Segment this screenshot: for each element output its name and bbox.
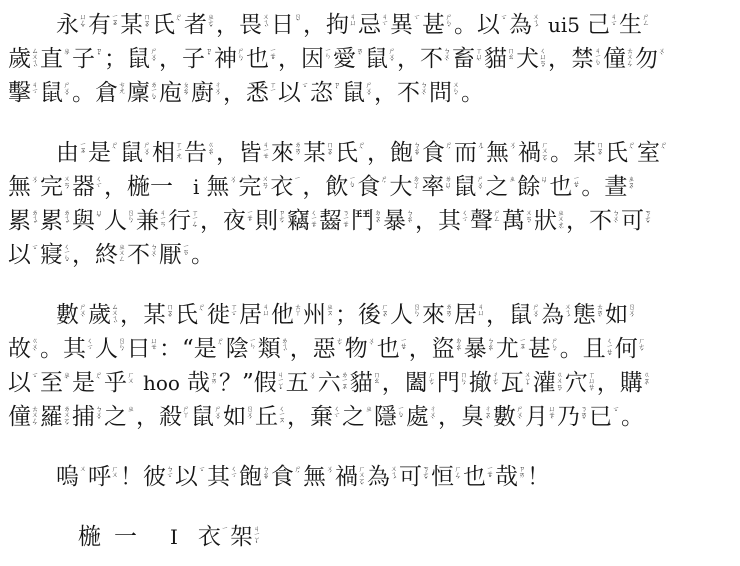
char-token: 則ㄗㄜˊ bbox=[255, 204, 287, 238]
char-token: 其ㄑㄧˊ bbox=[63, 332, 95, 366]
zhuyin-annotation: ㄎㄜˇ bbox=[422, 465, 431, 493]
char-token: 。 bbox=[454, 8, 477, 42]
char-token: 不ㄅㄨˋ bbox=[420, 42, 452, 76]
char-token: 一 bbox=[150, 170, 173, 204]
glyph: 嗚 bbox=[56, 460, 79, 494]
glyph: 架 bbox=[230, 520, 253, 554]
zhuyin-annotation: ㄏㄨ bbox=[127, 371, 136, 399]
char-token: 兼ㄐㄧㄢ bbox=[136, 204, 168, 238]
glyph: 以 bbox=[477, 8, 500, 42]
char-token: 某ㄇㄡˇ bbox=[143, 298, 175, 332]
char-token: 因ㄧㄣ bbox=[301, 42, 333, 76]
char-token: 不ㄅㄨˋ bbox=[127, 238, 159, 272]
zhuyin-annotation: ㄇㄡˇ bbox=[326, 141, 335, 169]
zhuyin-annotation: ㄍㄨㄢˋ bbox=[556, 371, 565, 399]
glyph: 累 bbox=[40, 204, 63, 238]
char-token: 累ㄌㄟˇ bbox=[8, 204, 40, 238]
char-token: 器ㄑㄧˋ bbox=[72, 170, 104, 204]
glyph: ” bbox=[242, 366, 254, 400]
glyph: 者 bbox=[184, 8, 207, 42]
char-token: ， bbox=[597, 366, 620, 400]
glyph: 之 bbox=[485, 170, 508, 204]
char-token: 永ㄩㄥˇ bbox=[56, 8, 88, 42]
char-token: 。 bbox=[581, 170, 604, 204]
char-token: 他ㄊㄚ bbox=[271, 298, 303, 332]
zhuyin-annotation: ㄐㄧˊ bbox=[31, 81, 40, 109]
char-token: 尤ㄧㄡˊ bbox=[496, 332, 528, 366]
glyph: 其 bbox=[207, 460, 230, 494]
zhuyin-annotation: ㄕˋ bbox=[198, 303, 207, 331]
zhuyin-annotation: ㄨㄟˊ bbox=[390, 465, 399, 493]
glyph: hoo bbox=[143, 366, 180, 400]
char-token: ” bbox=[242, 366, 254, 400]
char-token: ， bbox=[486, 298, 509, 332]
glyph: 門 bbox=[437, 366, 460, 400]
zhuyin-annotation: ㄅㄨˇ bbox=[95, 405, 104, 433]
zhuyin-annotation: ㄌㄩˋ bbox=[444, 175, 453, 203]
zhuyin-annotation: ㄑㄧˊ bbox=[86, 337, 95, 365]
glyph: 曰 bbox=[127, 332, 150, 366]
glyph: 某 bbox=[143, 298, 166, 332]
char-token: 晝ㄓㄡˋ bbox=[604, 170, 636, 204]
glyph: 甚 bbox=[422, 8, 445, 42]
glyph: 晝 bbox=[604, 170, 627, 204]
glyph: 累 bbox=[8, 204, 31, 238]
char-token: 鬥ㄉㄡˋ bbox=[351, 204, 383, 238]
glyph: ， bbox=[566, 204, 589, 238]
glyph: 永 bbox=[56, 8, 79, 42]
char-token: 擊ㄐㄧˊ bbox=[8, 76, 40, 110]
text-line: 累ㄌㄟˇ累ㄌㄟˇ與ㄩˇ人ㄖㄣˊ兼ㄐㄧㄢ行ㄒㄧㄥˊ，夜ㄧㄝˋ則ㄗㄜˊ竊ㄑㄧㄝˋ齧ㄋ… bbox=[8, 204, 738, 238]
glyph: 鼠 bbox=[342, 76, 365, 110]
glyph: 兼 bbox=[136, 204, 159, 238]
zhuyin-annotation: ㄜˋ bbox=[336, 337, 345, 365]
char-token: 鼠ㄕㄨˇ bbox=[40, 76, 72, 110]
glyph: 。 bbox=[191, 238, 214, 272]
zhuyin-annotation: ㄗˇ bbox=[95, 47, 104, 75]
zhuyin-annotation: ㄧㄝˇ bbox=[269, 47, 278, 75]
char-token: 飽ㄅㄠˇ bbox=[390, 136, 422, 170]
char-token: ？ bbox=[219, 366, 242, 400]
char-token: 以ㄧˇ bbox=[175, 460, 207, 494]
glyph: 僮 bbox=[603, 42, 626, 76]
text-line: 無ㄨˊ完ㄨㄢˊ器ㄑㄧˋ，椸一i無ㄨˊ完ㄨㄢˊ衣ㄧ，飲ㄧㄣˇ食ㄕˊ大ㄉㄚˋ率ㄌㄩˋ… bbox=[8, 170, 738, 204]
zhuyin-annotation: ㄗˇ bbox=[205, 47, 214, 75]
glyph: 完 bbox=[238, 170, 261, 204]
char-token: 。 bbox=[40, 332, 63, 366]
char-token: 室ㄕˋ bbox=[637, 136, 669, 170]
zhuyin-annotation: ㄕㄣˋ bbox=[445, 13, 454, 41]
glyph: 瓦 bbox=[501, 366, 524, 400]
glyph: 五 bbox=[286, 366, 309, 400]
glyph: 以 bbox=[175, 460, 198, 494]
text-line: 以ㄧˇ寢ㄑㄧㄣˇ，終ㄓㄨㄥ不ㄅㄨˋ厭ㄧㄢˋ。 bbox=[8, 238, 738, 272]
zhuyin-annotation: ㄧㄝˇ bbox=[572, 175, 581, 203]
char-token: 也ㄧㄝˇ bbox=[377, 332, 409, 366]
char-token: 聲ㄕㄥ bbox=[470, 204, 502, 238]
glyph: 椸 bbox=[78, 520, 101, 554]
glyph: 餘 bbox=[517, 170, 540, 204]
glyph: 不 bbox=[589, 204, 612, 238]
zhuyin-annotation: ㄇㄡˇ bbox=[166, 303, 175, 331]
char-token: 終ㄓㄨㄥ bbox=[95, 238, 127, 272]
glyph: 無 bbox=[486, 136, 509, 170]
glyph: 萬 bbox=[502, 204, 525, 238]
char-token: 相ㄒㄧㄤ bbox=[152, 136, 184, 170]
char-token: 如ㄖㄨˊ bbox=[605, 298, 637, 332]
paragraph-1: 永ㄩㄥˇ有ㄧㄡˇ某ㄇㄡˇ氏ㄕˋ者ㄓㄜˇ，畏ㄨㄟˋ日ㄖˋ，拘ㄐㄩ忌ㄐㄧˋ異ㄧˋ甚ㄕ… bbox=[8, 8, 738, 110]
glyph: 也 bbox=[549, 170, 572, 204]
zhuyin-annotation: ㄧˇ bbox=[198, 465, 207, 493]
glyph: 椸 bbox=[127, 170, 150, 204]
char-token: 故ㄍㄨˋ bbox=[8, 332, 40, 366]
glyph: 不 bbox=[127, 238, 150, 272]
char-token: ， bbox=[120, 298, 143, 332]
glyph: 如 bbox=[223, 400, 246, 434]
zhuyin-annotation: ㄏㄨ bbox=[111, 465, 120, 493]
char-token: 其ㄑㄧˊ bbox=[207, 460, 239, 494]
zhuyin-annotation: ㄨˊ bbox=[31, 175, 40, 203]
zhuyin-annotation: ㄕˋ bbox=[95, 371, 104, 399]
glyph: 物 bbox=[345, 332, 368, 366]
char-token: ， bbox=[438, 400, 461, 434]
zhuyin-annotation: ㄌㄞˊ bbox=[445, 303, 454, 331]
glyph: 居 bbox=[454, 298, 477, 332]
char-token: 氏ㄕˋ bbox=[605, 136, 637, 170]
char-token: 惡ㄜˋ bbox=[313, 332, 345, 366]
zhuyin-annotation: ㄦˊ bbox=[477, 141, 486, 169]
glyph: 皆 bbox=[239, 136, 262, 170]
char-token: 歲ㄙㄨㄟˋ bbox=[8, 42, 40, 76]
char-token: 為ㄨㄟˊ bbox=[509, 8, 541, 42]
zhuyin-annotation: ㄑㄧㄝˋ bbox=[310, 209, 319, 237]
zhuyin-annotation: ㄩㄝ bbox=[150, 337, 159, 365]
char-token: 。 bbox=[72, 76, 95, 110]
glyph: 犬 bbox=[516, 42, 539, 76]
text-line: 歲ㄙㄨㄟˋ直ㄓˊ子ㄗˇ；鼠ㄕㄨˇ，子ㄗˇ神ㄕㄣˊ也ㄧㄝˇ，因ㄧㄣ愛ㄞˋ鼠ㄕㄨˇ，… bbox=[8, 42, 738, 76]
zhuyin-annotation: ㄓㄨㄥ bbox=[118, 243, 127, 271]
zhuyin-annotation: ㄨ bbox=[79, 465, 88, 493]
char-token: 嗚ㄨ bbox=[56, 460, 88, 494]
glyph: 一 bbox=[150, 170, 173, 204]
char-token: 生ㄕㄥ bbox=[619, 8, 651, 42]
char-token: 彼ㄅㄧˇ bbox=[143, 460, 175, 494]
zhuyin-annotation: ㄘㄤ bbox=[118, 81, 127, 109]
char-token: 氏ㄕˋ bbox=[175, 298, 207, 332]
zhuyin-annotation: ㄕㄨˇ bbox=[150, 47, 159, 75]
char-token: 數ㄕㄨˋ bbox=[493, 400, 525, 434]
char-token: 。 bbox=[191, 238, 214, 272]
char-token: 歲ㄙㄨㄟˋ bbox=[88, 298, 120, 332]
zhuyin-annotation: ㄕㄥ bbox=[642, 13, 651, 41]
char-token: 來ㄌㄞˊ bbox=[422, 298, 454, 332]
char-token: 盜ㄉㄠˋ bbox=[432, 332, 464, 366]
glyph: 有 bbox=[88, 8, 111, 42]
glyph: ， bbox=[409, 332, 432, 366]
glyph: 一 bbox=[114, 520, 137, 554]
char-token: 呼ㄏㄨ bbox=[88, 460, 120, 494]
glyph: ， bbox=[136, 400, 159, 434]
zhuyin-annotation: ㄓㄜˇ bbox=[207, 13, 216, 41]
char-token: 來ㄌㄞˊ bbox=[271, 136, 303, 170]
zhuyin-annotation: ㄗㄞ bbox=[518, 465, 527, 493]
char-token: 狀ㄓㄨㄤˋ bbox=[534, 204, 566, 238]
glyph: 恒 bbox=[431, 460, 454, 494]
zhuyin-annotation: ㄅㄨˋ bbox=[150, 243, 159, 271]
zhuyin-annotation: ㄋㄧㄝˋ bbox=[342, 209, 351, 237]
char-token: 後ㄏㄡˋ bbox=[358, 298, 390, 332]
char-token: 。 bbox=[621, 400, 644, 434]
char-token: 丘ㄑㄧㄡ bbox=[255, 400, 287, 434]
char-token: 直ㄓˊ bbox=[40, 42, 72, 76]
char-token: 無ㄨˊ bbox=[206, 170, 238, 204]
zhuyin-annotation: ㄧㄢˋ bbox=[182, 243, 191, 271]
zhuyin-annotation: ㄓˊ bbox=[63, 47, 72, 75]
char-token: 飽ㄅㄠˇ bbox=[239, 460, 271, 494]
char-token: 完ㄨㄢˊ bbox=[238, 170, 270, 204]
zhuyin-annotation: ㄕㄨˇ bbox=[365, 81, 374, 109]
zhuyin-annotation: ㄕㄨˇ bbox=[532, 303, 541, 331]
glyph: 率 bbox=[421, 170, 444, 204]
zhuyin-annotation: ㄏㄜˊ bbox=[638, 337, 647, 365]
glyph: 可 bbox=[399, 460, 422, 494]
glyph: 徙 bbox=[207, 298, 230, 332]
char-token: 某ㄇㄡˇ bbox=[303, 136, 335, 170]
char-token: 臭ㄔㄡˋ bbox=[461, 400, 493, 434]
zhuyin-annotation: ㄅㄧˇ bbox=[166, 465, 175, 493]
zhuyin-annotation: ㄧ bbox=[221, 525, 230, 553]
char-token: ， bbox=[415, 204, 438, 238]
glyph: 器 bbox=[72, 170, 95, 204]
char-token: 人ㄖㄣˊ bbox=[95, 332, 127, 366]
glyph: 六 bbox=[318, 366, 341, 400]
glyph: 氏 bbox=[335, 136, 358, 170]
zhuyin-annotation: ㄉㄚˋ bbox=[412, 175, 421, 203]
glyph: 子 bbox=[72, 42, 95, 76]
glyph: 以 bbox=[278, 76, 301, 110]
footnote-line: 椸一I衣ㄧ架ㄐㄧㄚˋ bbox=[8, 520, 738, 554]
zhuyin-annotation: ㄧˇ bbox=[31, 243, 40, 271]
glyph: 如 bbox=[605, 298, 628, 332]
zhuyin-annotation: ㄇㄡˇ bbox=[143, 13, 152, 41]
zhuyin-annotation: ㄕˋ bbox=[628, 141, 637, 169]
zhuyin-annotation: ㄐㄧˇ bbox=[610, 13, 619, 41]
zhuyin-annotation: ㄕˋ bbox=[660, 141, 669, 169]
char-token: 厭ㄧㄢˋ bbox=[159, 238, 191, 272]
zhuyin-annotation: ㄑㄩㄢˇ bbox=[539, 47, 548, 75]
zhuyin-annotation: ㄅㄠˇ bbox=[262, 465, 271, 493]
glyph: 撤 bbox=[469, 366, 492, 400]
zhuyin-annotation: ㄖㄣˊ bbox=[127, 209, 136, 237]
glyph: 是 bbox=[88, 136, 111, 170]
zhuyin-annotation: ㄨˊ bbox=[509, 141, 518, 169]
zhuyin-annotation: ㄔㄡˋ bbox=[484, 405, 493, 433]
glyph: 彼 bbox=[143, 460, 166, 494]
char-token: 寢ㄑㄧㄣˇ bbox=[40, 238, 72, 272]
glyph: 來 bbox=[271, 136, 294, 170]
glyph: 寢 bbox=[40, 238, 63, 272]
char-token: 氏ㄕˋ bbox=[335, 136, 367, 170]
char-token: 物ㄨˋ bbox=[345, 332, 377, 366]
glyph: 齧 bbox=[319, 204, 342, 238]
zhuyin-annotation: ㄧㄝˇ bbox=[400, 337, 409, 365]
glyph: ？ bbox=[219, 366, 242, 400]
glyph: ， bbox=[548, 42, 571, 76]
glyph: 勿 bbox=[635, 42, 658, 76]
glyph: ， bbox=[200, 204, 223, 238]
glyph: 他 bbox=[271, 298, 294, 332]
glyph: I bbox=[170, 520, 178, 554]
zhuyin-annotation: ㄨㄢˊ bbox=[261, 175, 270, 203]
char-token: 是ㄕˋ bbox=[194, 332, 226, 366]
char-token: 犬ㄑㄩㄢˇ bbox=[516, 42, 548, 76]
char-token: 棄ㄑㄧˋ bbox=[310, 400, 342, 434]
char-token: 以ㄧˇ bbox=[278, 76, 310, 110]
glyph: 異 bbox=[390, 8, 413, 42]
char-token: 忌ㄐㄧˋ bbox=[358, 8, 390, 42]
char-token: 灌ㄍㄨㄢˋ bbox=[533, 366, 565, 400]
glyph: 也 bbox=[246, 42, 269, 76]
char-token: 鼠ㄕㄨˇ bbox=[453, 170, 485, 204]
zhuyin-annotation: ㄨˊ bbox=[326, 465, 335, 493]
glyph: 貓 bbox=[484, 42, 507, 76]
glyph: ！ bbox=[120, 460, 143, 494]
glyph: 愛 bbox=[333, 42, 356, 76]
glyph: 人 bbox=[95, 332, 118, 366]
zhuyin-annotation: ㄨㄟˊ bbox=[532, 13, 541, 41]
zhuyin-annotation: ㄧㄣˇ bbox=[348, 175, 357, 203]
char-token: 陰ㄧㄣ bbox=[226, 332, 258, 366]
zhuyin-annotation: ㄖㄣˊ bbox=[413, 303, 422, 331]
glyph: 為 bbox=[541, 298, 564, 332]
glyph: ， bbox=[223, 76, 246, 110]
char-token: 無ㄨˊ bbox=[303, 460, 335, 494]
glyph: 悉 bbox=[246, 76, 269, 110]
glyph: ， bbox=[104, 170, 127, 204]
glyph: 乃 bbox=[557, 400, 580, 434]
char-token: 鼠ㄕㄨˇ bbox=[365, 42, 397, 76]
glyph: 穴 bbox=[565, 366, 588, 400]
glyph: 鼠 bbox=[120, 136, 143, 170]
char-token: 甚ㄕㄣˋ bbox=[422, 8, 454, 42]
glyph: ： bbox=[159, 332, 182, 366]
zhuyin-annotation: ㄅㄨˋ bbox=[612, 209, 621, 237]
glyph: ， bbox=[438, 400, 461, 434]
glyph: 丘 bbox=[255, 400, 278, 434]
zhuyin-annotation: ㄏㄥˊ bbox=[454, 465, 463, 493]
glyph: 且 bbox=[583, 332, 606, 366]
char-token: ， bbox=[303, 8, 326, 42]
char-token: 暴ㄅㄠˋ bbox=[464, 332, 496, 366]
char-token bbox=[101, 520, 114, 554]
glyph: 直 bbox=[40, 42, 63, 76]
char-token: ， bbox=[397, 42, 420, 76]
zhuyin-annotation: ㄉㄠˋ bbox=[455, 337, 464, 365]
glyph: 人 bbox=[390, 298, 413, 332]
zhuyin-annotation: ㄅㄠˇ bbox=[413, 141, 422, 169]
char-token: 悉ㄒㄧ bbox=[246, 76, 278, 110]
zhuyin-annotation: ㄑㄧˊ bbox=[230, 465, 239, 493]
char-token: 竊ㄑㄧㄝˋ bbox=[287, 204, 319, 238]
zhuyin-annotation: ㄐㄧˋ bbox=[381, 13, 390, 41]
glyph: 飽 bbox=[390, 136, 413, 170]
zhuyin-annotation: ㄒㄧㄤ bbox=[175, 141, 184, 169]
char-token: 己ㄐㄧˇ bbox=[587, 8, 619, 42]
zhuyin-annotation: ㄕˋ bbox=[175, 13, 184, 41]
glyph: 是 bbox=[194, 332, 217, 366]
char-token: ： bbox=[159, 332, 182, 366]
zhuyin-annotation: ㄍㄠˋ bbox=[207, 141, 216, 169]
zhuyin-annotation: ㄨˋ bbox=[368, 337, 377, 365]
glyph: 終 bbox=[95, 238, 118, 272]
glyph: 子 bbox=[182, 42, 205, 76]
glyph: 不 bbox=[420, 42, 443, 76]
glyph: 倉 bbox=[95, 76, 118, 110]
zhuyin-annotation: ㄧˋ bbox=[413, 13, 422, 41]
glyph: 擊 bbox=[8, 76, 31, 110]
glyph: 尤 bbox=[496, 332, 519, 366]
glyph: 廚 bbox=[191, 76, 214, 110]
char-token: 衣ㄧ bbox=[270, 170, 302, 204]
char-token: 畜ㄒㄩˋ bbox=[452, 42, 484, 76]
char-token: 居ㄐㄩ bbox=[454, 298, 486, 332]
zhuyin-annotation: ㄌㄨㄛˊ bbox=[63, 405, 72, 433]
zhuyin-annotation: ㄒㄧㄥˊ bbox=[191, 209, 200, 237]
zhuyin-annotation: ㄕㄣˋ bbox=[551, 337, 560, 365]
char-token: 子ㄗˇ bbox=[72, 42, 104, 76]
glyph: “ bbox=[182, 332, 194, 366]
char-token: 無ㄨˊ bbox=[486, 136, 518, 170]
glyph: 數 bbox=[56, 298, 79, 332]
char-token: ui5 bbox=[541, 8, 587, 42]
char-token: 羅ㄌㄨㄛˊ bbox=[40, 400, 72, 434]
zhuyin-annotation: ㄕˊ bbox=[294, 465, 303, 493]
char-token: 已ㄧˇ bbox=[589, 400, 621, 434]
char-token: 貓ㄇㄠ bbox=[484, 42, 516, 76]
char-token: 夜ㄧㄝˋ bbox=[223, 204, 255, 238]
zhuyin-annotation: ㄌㄟˇ bbox=[63, 209, 72, 237]
zhuyin-annotation: ㄨㄢˋ bbox=[525, 209, 534, 237]
char-token: ， bbox=[136, 400, 159, 434]
glyph: 何 bbox=[615, 332, 638, 366]
zhuyin-annotation: ㄧㄡˇ bbox=[111, 13, 120, 41]
char-token: ， bbox=[409, 332, 432, 366]
char-token: 哉ㄗㄞ bbox=[495, 460, 527, 494]
char-token: 食ㄕˊ bbox=[271, 460, 303, 494]
glyph: 某 bbox=[573, 136, 596, 170]
char-token: 與ㄩˇ bbox=[72, 204, 104, 238]
char-token: 不ㄅㄨˋ bbox=[397, 76, 429, 110]
zhuyin-annotation: ㄨˊ bbox=[229, 175, 238, 203]
zhuyin-annotation: ㄗㄞ bbox=[210, 371, 219, 399]
char-token: 率ㄌㄩˋ bbox=[421, 170, 453, 204]
char-token: 乃ㄋㄞˇ bbox=[557, 400, 589, 434]
char-token: 而ㄦˊ bbox=[454, 136, 486, 170]
glyph: 因 bbox=[301, 42, 324, 76]
char-token: “ bbox=[182, 332, 194, 366]
char-token: 也ㄧㄝˇ bbox=[463, 460, 495, 494]
glyph: 。 bbox=[40, 332, 63, 366]
char-token: 州ㄓㄡ bbox=[303, 298, 335, 332]
zhuyin-annotation: ㄨㄢˊ bbox=[63, 175, 72, 203]
zhuyin-annotation: ㄌㄞˊ bbox=[294, 141, 303, 169]
text-line: 僮ㄊㄨㄥˊ羅ㄌㄨㄛˊ捕ㄅㄨˇ之ㄓ，殺ㄕㄚ鼠ㄕㄨˇ如ㄖㄨˊ丘ㄑㄧㄡ，棄ㄑㄧˋ之ㄓ隱… bbox=[8, 400, 738, 434]
glyph: ， bbox=[415, 204, 438, 238]
glyph: 是 bbox=[72, 366, 95, 400]
char-token bbox=[173, 170, 186, 204]
glyph: ， bbox=[597, 366, 620, 400]
char-token: ， bbox=[200, 204, 223, 238]
